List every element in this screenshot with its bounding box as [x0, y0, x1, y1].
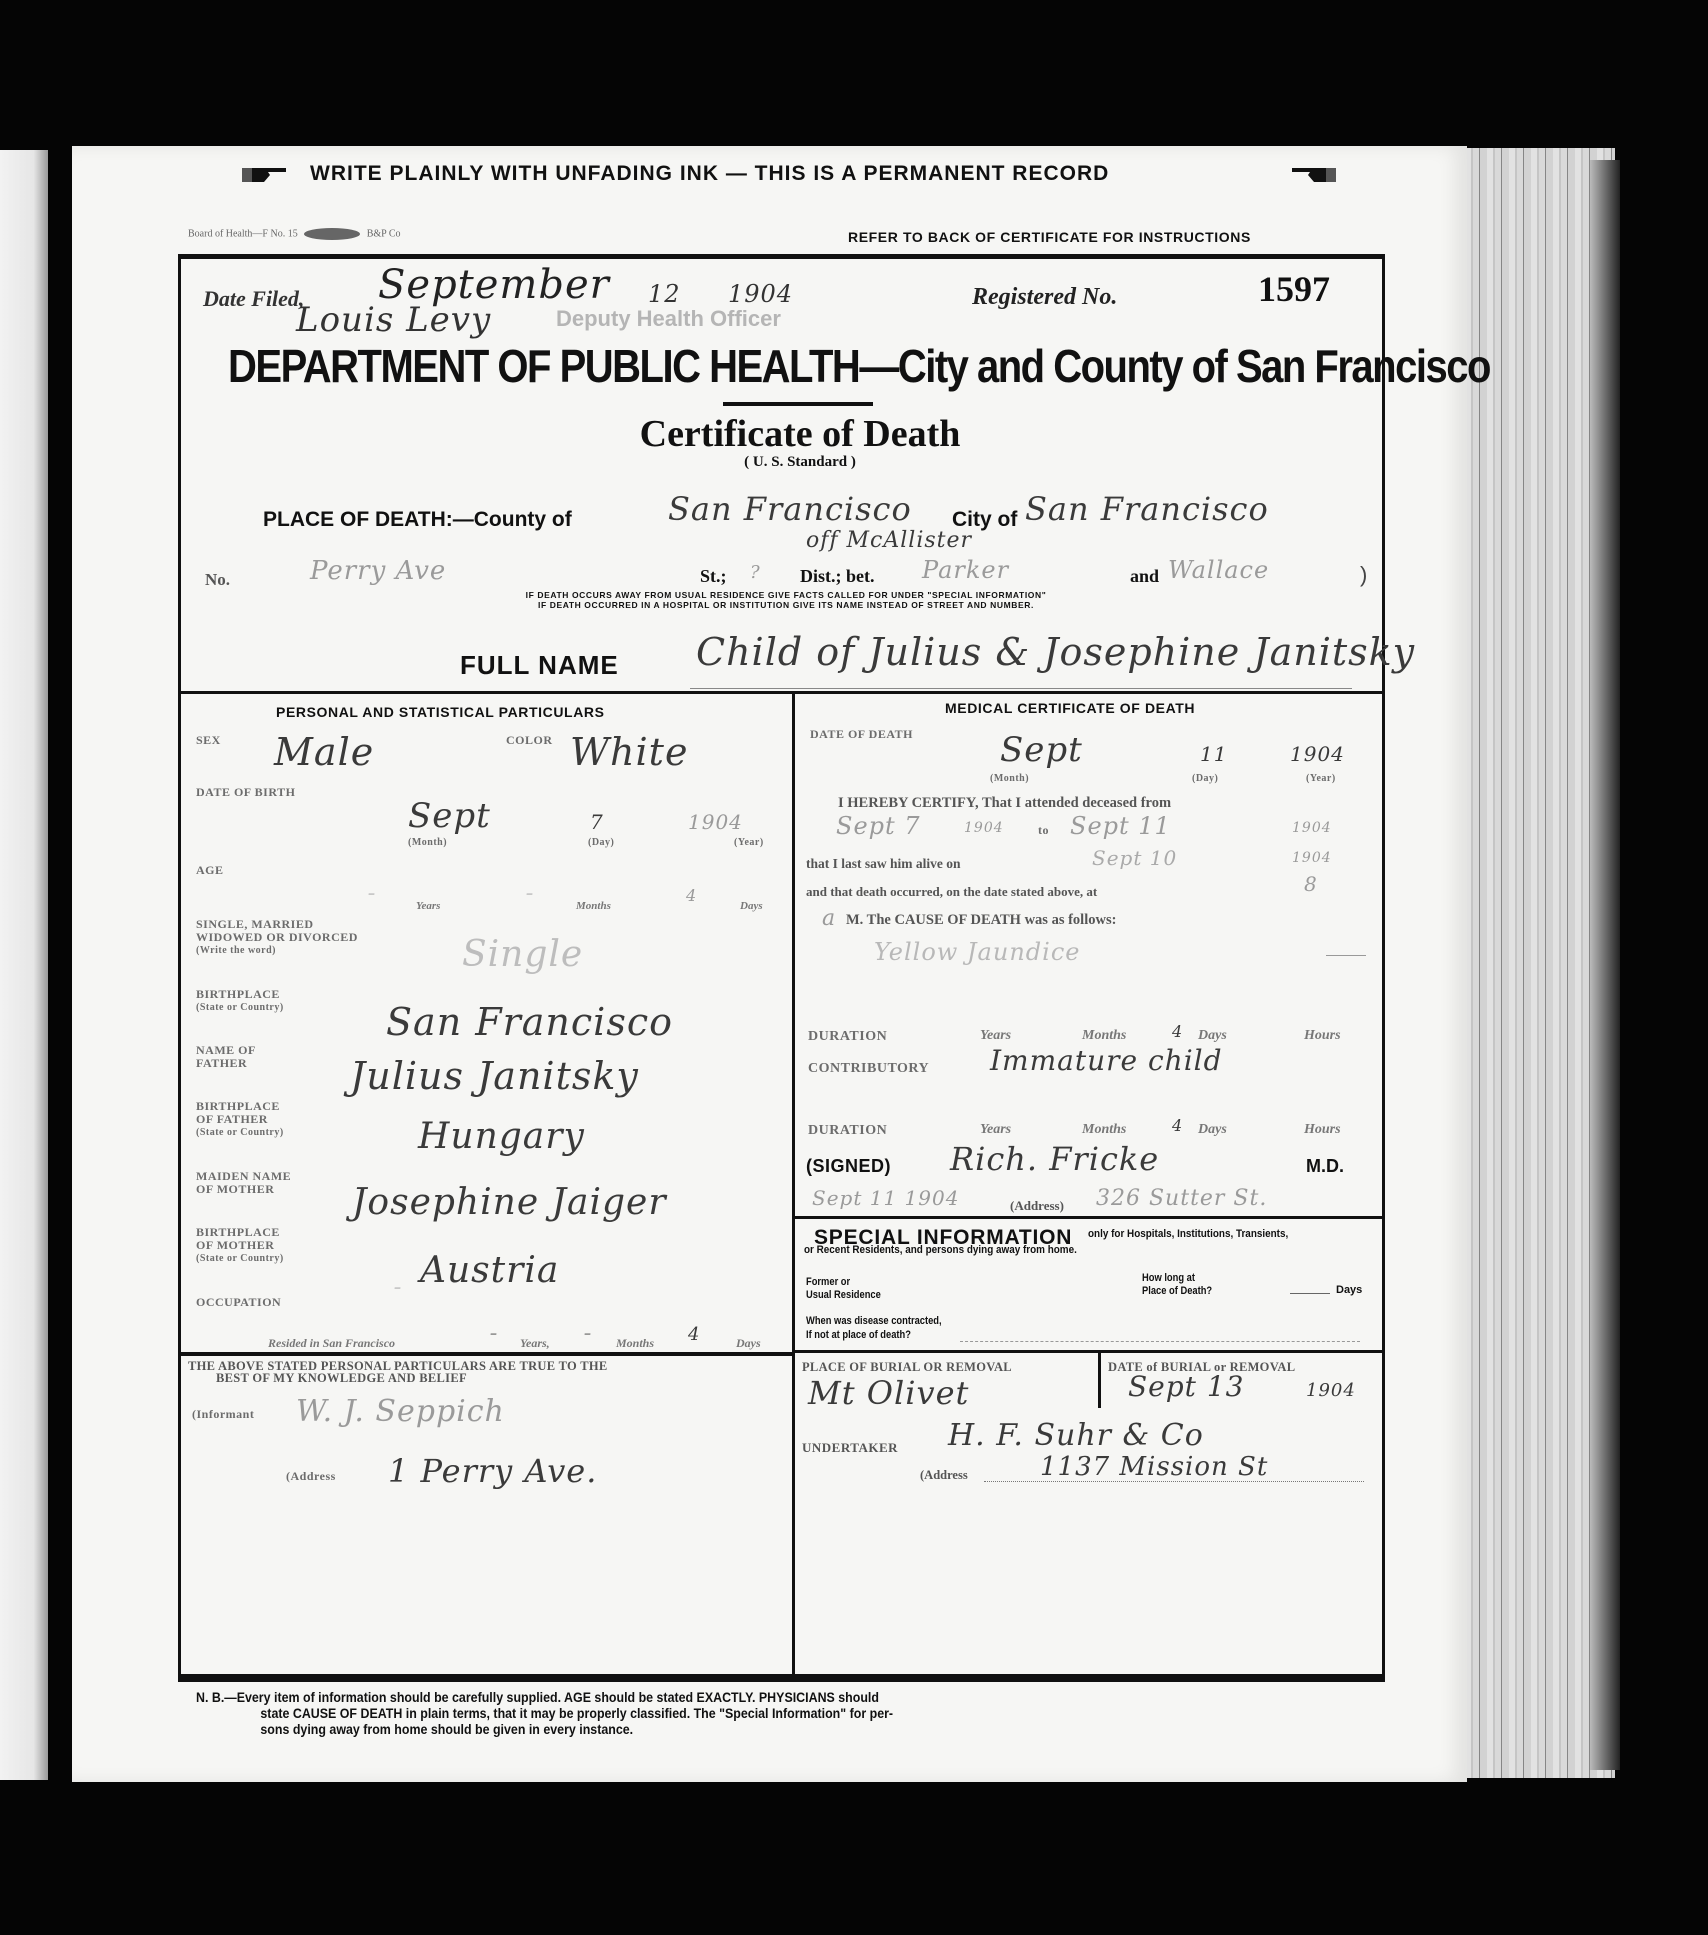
contracted-label-2: If not at place of death?: [806, 1328, 942, 1342]
birthplace-label: BIRTHPLACE (State or Country): [196, 988, 284, 1014]
age-years: –: [368, 886, 376, 902]
section-divider: [181, 691, 1382, 694]
certificate-title: Certificate of Death: [590, 412, 1010, 456]
duration2-days-caption: Days: [1198, 1122, 1227, 1138]
md-label: M.D.: [1306, 1156, 1344, 1177]
father-bp-label-3: (State or Country): [196, 1126, 284, 1139]
department-title: DEPARTMENT OF PUBLIC HEALTH—City and Cou…: [228, 342, 1348, 394]
footnote: N. B.—Every item of information should b…: [196, 1690, 893, 1738]
dod-day-caption: (Day): [1192, 772, 1218, 785]
burial-date-value: Sept 13: [1128, 1370, 1244, 1403]
burial-year-value: 1904: [1306, 1380, 1356, 1401]
age-years-caption: Years: [416, 900, 440, 912]
color-label: COLOR: [506, 734, 553, 747]
how-long-days-label: Days: [1336, 1284, 1362, 1296]
father-birthplace-value: Hungary: [418, 1116, 585, 1157]
header-instruction-row: WRITE PLAINLY WITH UNFADING INK — THIS I…: [240, 160, 1360, 190]
duration2-months-caption: Months: [1082, 1122, 1126, 1138]
pointing-hand-right-icon: [242, 164, 288, 184]
special-divider: [795, 1216, 1382, 1219]
color-value: White: [570, 730, 688, 774]
marital-label-3: (Write the word): [196, 944, 358, 957]
dod-label: DATE OF DEATH: [810, 728, 913, 741]
full-name-label: FULL NAME: [460, 650, 619, 681]
printer-text: B&P Co: [367, 228, 401, 239]
how-long-label-2: Place of Death?: [1142, 1285, 1212, 1298]
date-filed-year: 1904: [728, 280, 793, 308]
full-name-value: Child of Julius & Josephine Janitsky: [696, 630, 1415, 674]
instruction-text: WRITE PLAINLY WITH UNFADING INK — THIS I…: [310, 162, 1109, 186]
date-filed-label: Date Filed,: [203, 286, 304, 312]
date-filed-day: 12: [648, 280, 681, 308]
between-2: Wallace: [1168, 556, 1269, 584]
place-note: IF DEATH OCCURS AWAY FROM USUAL RESIDENC…: [336, 590, 1236, 610]
last-saw-year: 1904: [1292, 850, 1332, 866]
father-label-2: FATHER: [196, 1057, 256, 1070]
informant-value: W. J. Seppich: [296, 1394, 505, 1429]
how-long-label-1: How long at: [1142, 1272, 1212, 1285]
death-occurred-text: and that death occurred, on the date sta…: [806, 884, 1097, 900]
birthplace-label-2: (State or Country): [196, 1001, 284, 1014]
age-label: AGE: [196, 864, 224, 877]
mother-value: Josephine Jaiger: [352, 1182, 667, 1223]
burial-place-label: PLACE OF BURIAL OR REMOVAL: [802, 1360, 1012, 1375]
death-meridiem: a: [822, 906, 836, 931]
undertaker-address-value: 1137 Mission St: [1040, 1452, 1268, 1482]
cause-text: M. The CAUSE OF DEATH was as follows:: [846, 912, 1116, 929]
occupation-label: OCCUPATION: [196, 1296, 281, 1309]
adjacent-page-left: [0, 150, 48, 1780]
resided-months-caption: Months: [616, 1336, 654, 1351]
undertaker-label: UNDERTAKER: [802, 1440, 898, 1456]
attended-from-year: 1904: [964, 820, 1004, 836]
us-standard: ( U. S. Standard ): [590, 454, 1010, 471]
duration2-years-caption: Years: [980, 1122, 1011, 1138]
place-of-death-label: PLACE OF DEATH:—County of: [263, 508, 572, 532]
informant-address-label: (Address: [286, 1470, 336, 1483]
mother-birthplace-label: BIRTHPLACE OF MOTHER (State or Country): [196, 1226, 284, 1265]
dob-day: 7: [590, 810, 604, 834]
close-paren: ): [1360, 562, 1367, 588]
certify-text: I HEREBY CERTIFY, That I attended deceas…: [838, 795, 1171, 812]
resided-days-caption: Days: [736, 1336, 761, 1351]
physician-signature: Rich. Fricke: [950, 1140, 1159, 1178]
age-months: –: [526, 886, 534, 902]
dob-year-caption: (Year): [734, 836, 764, 849]
pointing-hand-left-icon: [1290, 164, 1336, 184]
duration-days-caption: Days: [1198, 1028, 1227, 1044]
street-note: off McAllister: [806, 528, 972, 553]
mother-birthplace-value: Austria: [420, 1250, 559, 1291]
marital-label-2: WIDOWED OR DIVORCED: [196, 931, 358, 944]
undertaker-address-line: [984, 1480, 1364, 1482]
mother-label-2: OF MOTHER: [196, 1183, 291, 1196]
contracted-label-1: When was disease contracted,: [806, 1314, 942, 1328]
registered-no: 1597: [1258, 268, 1330, 310]
between-1: Parker: [922, 556, 1009, 584]
dob-day-caption: (Day): [588, 836, 614, 849]
no-label: No.: [205, 570, 230, 590]
birthplace-label-1: BIRTHPLACE: [196, 988, 284, 1001]
duration-days: 4: [1172, 1022, 1183, 1041]
st-label: St.;: [700, 566, 727, 587]
form-code: Board of Health—F No. 15 B&P Co: [188, 228, 401, 240]
footnote-line-3: sons dying away from home should be give…: [196, 1722, 893, 1738]
informant-address-value: 1 Perry Ave.: [388, 1452, 597, 1490]
dod-day: 11: [1200, 742, 1227, 766]
personal-heading: PERSONAL AND STATISTICAL PARTICULARS: [276, 704, 605, 720]
last-saw-date: Sept 10: [1092, 846, 1177, 870]
title-rule: [723, 402, 873, 406]
signed-date: Sept 11 1904: [812, 1186, 959, 1210]
officer-signature: Louis Levy: [296, 300, 491, 340]
physician-address: 326 Sutter St.: [1096, 1186, 1267, 1211]
county-value: San Francisco: [668, 490, 912, 528]
resided-label: Resided in San Francisco: [268, 1336, 395, 1351]
burial-place-value: Mt Olivet: [808, 1374, 969, 1412]
and-label: and: [1130, 566, 1159, 587]
medical-heading: MEDICAL CERTIFICATE OF DEATH: [945, 700, 1195, 716]
physician-address-label: (Address): [1010, 1198, 1064, 1214]
to-label: to: [1038, 824, 1049, 837]
informant-statement: THE ABOVE STATED PERSONAL PARTICULARS AR…: [188, 1360, 608, 1384]
dod-month: Sept: [1000, 730, 1083, 770]
footnote-line-1: N. B.—Every item of information should b…: [196, 1690, 893, 1706]
page-stack-shadow: [1590, 160, 1620, 1770]
duration2-hours-caption: Hours: [1304, 1122, 1341, 1138]
occupation-value: –: [394, 1280, 402, 1296]
officer-title: Deputy Health Officer: [556, 306, 781, 332]
father-bp-label-2: OF FATHER: [196, 1113, 284, 1126]
age-days: 4: [686, 886, 697, 905]
marital-value: Single: [462, 934, 583, 975]
age-days-caption: Days: [740, 900, 763, 912]
signed-label: (SIGNED): [806, 1156, 891, 1177]
marital-label: SINGLE, MARRIED WIDOWED OR DIVORCED (Wri…: [196, 918, 358, 957]
refer-instructions: REFER TO BACK OF CERTIFICATE FOR INSTRUC…: [848, 229, 1251, 245]
undertaker-value: H. F. Suhr & Co: [948, 1418, 1204, 1453]
contributory-label: CONTRIBUTORY: [808, 1062, 929, 1075]
duration-hours-caption: Hours: [1304, 1028, 1341, 1044]
resided-months: –: [584, 1326, 592, 1342]
special-note-2: or Recent Residents, and persons dying a…: [804, 1244, 1077, 1256]
form-bottom-rule: [178, 1674, 1385, 1682]
last-saw-text: that I last saw him alive on: [806, 856, 961, 872]
column-divider: [792, 694, 795, 1677]
dod-month-caption: (Month): [990, 772, 1029, 785]
attended-to: Sept 11: [1070, 812, 1171, 840]
how-long-line: [1290, 1293, 1330, 1294]
disease-contracted-label: When was disease contracted, If not at p…: [806, 1314, 942, 1342]
sex-label: SEX: [196, 734, 221, 747]
union-label-icon: [304, 228, 360, 240]
contributory-value: Immature child: [990, 1044, 1223, 1077]
dod-year-caption: (Year): [1306, 772, 1336, 785]
mother-bp-label-3: (State or Country): [196, 1252, 284, 1265]
undertaker-address-label: (Address: [920, 1468, 968, 1483]
special-note-1: only for Hospitals, Institutions, Transi…: [1088, 1228, 1288, 1240]
age-months-caption: Months: [576, 900, 611, 912]
former-label-2: Usual Residence: [806, 1289, 881, 1302]
full-name-underline: [690, 688, 1352, 689]
dod-year: 1904: [1290, 742, 1345, 766]
cause-line: [1326, 955, 1366, 956]
father-birthplace-label: BIRTHPLACE OF FATHER (State or Country): [196, 1100, 284, 1139]
former-residence-label: Former or Usual Residence: [806, 1276, 881, 1302]
death-hour: 8: [1304, 872, 1318, 896]
registered-no-label: Registered No.: [972, 284, 1117, 311]
how-long-label: How long at Place of Death?: [1142, 1272, 1212, 1298]
dist-label: Dist.; bet.: [800, 566, 875, 587]
mother-bp-label-2: OF MOTHER: [196, 1239, 284, 1252]
contracted-line: [960, 1340, 1360, 1342]
father-value: Julius Janitsky: [350, 1054, 639, 1098]
resided-years: –: [490, 1326, 498, 1342]
burial-divider: [795, 1350, 1382, 1353]
duration-months-caption: Months: [1082, 1028, 1126, 1044]
place-note-line-2: IF DEATH OCCURRED IN A HOSPITAL OR INSTI…: [336, 600, 1236, 610]
duration-label: DURATION: [808, 1030, 887, 1043]
birthplace-value: San Francisco: [386, 1000, 673, 1044]
resided-days: 4: [688, 1324, 700, 1345]
burial-column-divider: [1098, 1353, 1101, 1408]
resided-years-caption: Years,: [520, 1336, 550, 1351]
informant-divider: [181, 1352, 792, 1356]
duration2-label: DURATION: [808, 1124, 887, 1137]
former-label-1: Former or: [806, 1276, 881, 1289]
mother-label: MAIDEN NAME OF MOTHER: [196, 1170, 291, 1196]
st-value: ?: [750, 562, 761, 583]
sex-value: Male: [274, 730, 374, 774]
dob-label: DATE OF BIRTH: [196, 786, 295, 799]
informant-label: (Informant: [192, 1408, 254, 1421]
father-label: NAME OF FATHER: [196, 1044, 256, 1070]
street-value: Perry Ave: [310, 556, 446, 586]
place-note-line-1: IF DEATH OCCURS AWAY FROM USUAL RESIDENC…: [336, 590, 1236, 600]
dob-month: Sept: [408, 796, 491, 836]
cause-value: Yellow Jaundice: [874, 938, 1080, 966]
duration2-days: 4: [1172, 1116, 1183, 1135]
attended-to-year: 1904: [1292, 820, 1332, 836]
attended-from: Sept 7: [836, 812, 921, 840]
dob-month-caption: (Month): [408, 836, 447, 849]
dob-year: 1904: [688, 810, 743, 834]
form-code-text: Board of Health—F No. 15: [188, 228, 298, 239]
footnote-line-2: state CAUSE OF DEATH in plain terms, tha…: [196, 1706, 893, 1722]
city-value: San Francisco: [1025, 490, 1269, 528]
duration-years-caption: Years: [980, 1028, 1011, 1044]
informant-statement-2: BEST OF MY KNOWLEDGE AND BELIEF: [188, 1372, 608, 1384]
